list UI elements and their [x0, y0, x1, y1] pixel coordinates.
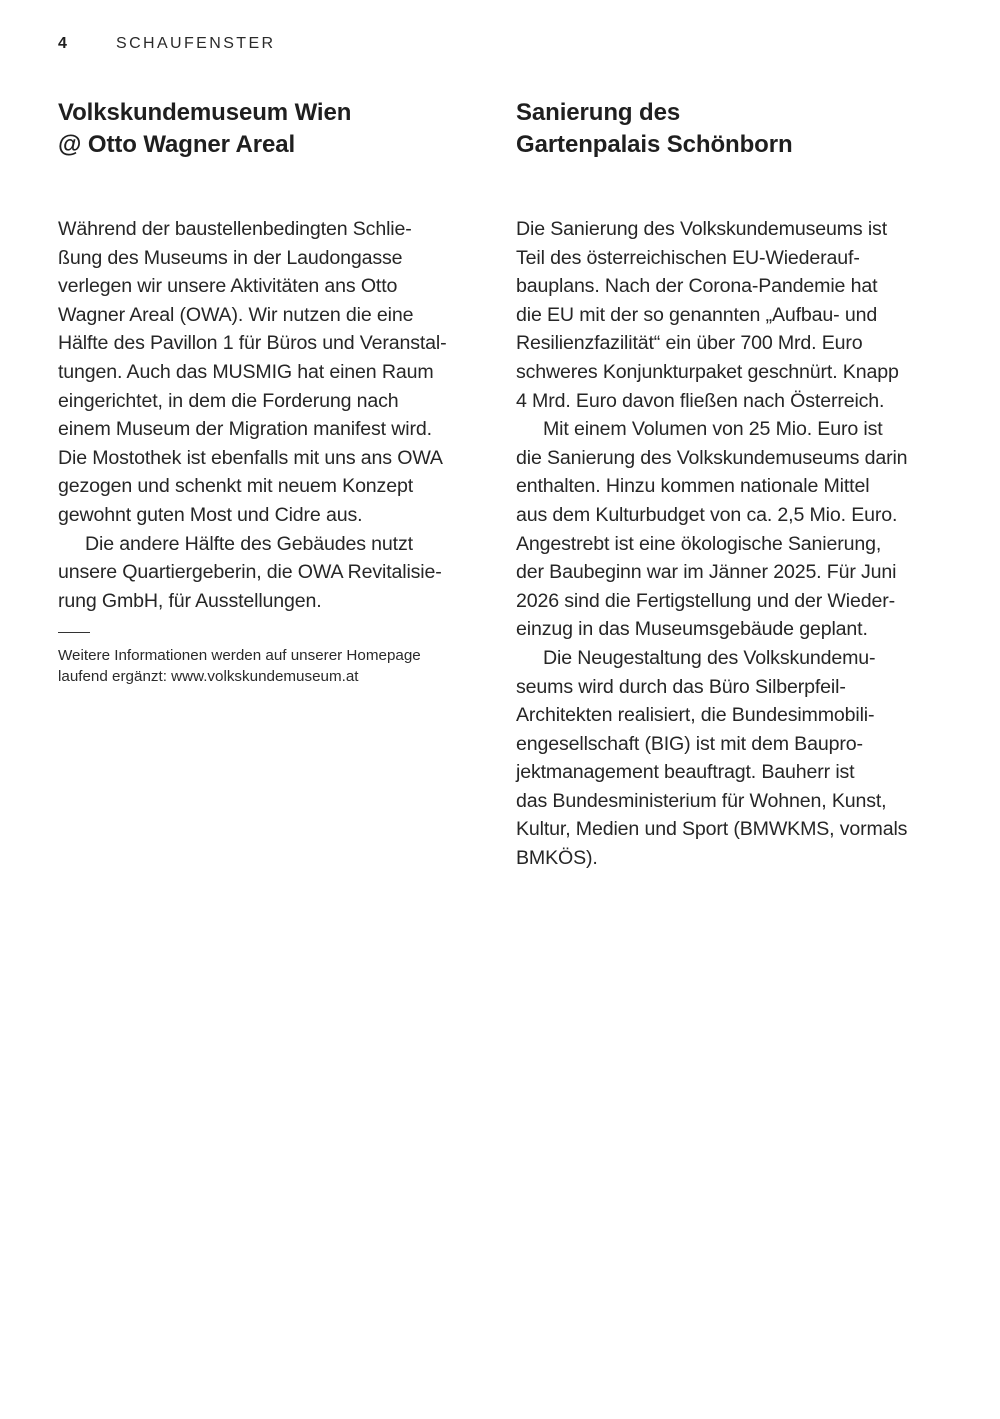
text-line: eingerichtet, in dem die Forderung nach [58, 387, 488, 416]
text-line: verlegen wir unsere Aktivitäten ans Otto [58, 272, 488, 301]
text-line: Wagner Areal (OWA). Wir nutzen die eine [58, 301, 488, 330]
article-sanierung-gartenpalais: Sanierung des Gartenpalais Schönborn Die… [516, 97, 956, 873]
text-line: ßung des Museums in der Laudongasse [58, 244, 488, 273]
article-title: Sanierung des Gartenpalais Schönborn [516, 97, 956, 215]
text-line: tungen. Auch das MUSMIG hat einen Raum [58, 358, 488, 387]
paragraph: Während der baustellenbedingten Schlie- … [58, 215, 488, 530]
running-header: 4 SCHAUFENSTER [58, 35, 275, 57]
text-line: aus dem Kulturbudget von ca. 2,5 Mio. Eu… [516, 501, 956, 530]
text-line: 4 Mrd. Euro davon fließen nach Österreic… [516, 387, 956, 416]
footnote-line: laufend ergänzt: www.volkskundemuseum.at [58, 666, 488, 687]
article-title: Volkskundemuseum Wien @ Otto Wagner Area… [58, 97, 488, 215]
text-line: Mit einem Volumen von 25 Mio. Euro ist [516, 415, 956, 444]
text-line: Die Sanierung des Volkskundemuseums ist [516, 215, 956, 244]
text-line: das Bundesministerium für Wohnen, Kunst, [516, 787, 956, 816]
footnote-line: Weitere Informationen werden auf unserer… [58, 645, 488, 666]
text-line: bauplans. Nach der Corona-Pandemie hat [516, 272, 956, 301]
text-line: die Sanierung des Volkskundemuseums dari… [516, 444, 956, 473]
text-line: jektmanagement beauftragt. Bauherr ist [516, 758, 956, 787]
title-line: Sanierung des [516, 97, 956, 129]
article-body: Während der baustellenbedingten Schlie- … [58, 215, 488, 615]
text-line: Kultur, Medien und Sport (BMWKMS, vormal… [516, 815, 956, 844]
text-line: Die Neugestaltung des Volkskundemu- [516, 644, 956, 673]
paragraph: Die Neugestaltung des Volkskundemu- seum… [516, 644, 956, 873]
text-line: einzug in das Museumsgebäude geplant. [516, 615, 956, 644]
text-line: gezogen und schenkt mit neuem Konzept [58, 472, 488, 501]
text-line: Architekten realisiert, die Bundesimmobi… [516, 701, 956, 730]
text-line: BMKÖS). [516, 844, 956, 873]
text-line: seums wird durch das Büro Silberpfeil- [516, 673, 956, 702]
text-line: Die Mostothek ist ebenfalls mit uns ans … [58, 444, 488, 473]
title-line: Volkskundemuseum Wien [58, 97, 488, 129]
text-line: 2026 sind die Fertigstellung und der Wie… [516, 587, 956, 616]
paragraph: Mit einem Volumen von 25 Mio. Euro ist d… [516, 415, 956, 644]
text-line: die EU mit der so genannten „Aufbau- und [516, 301, 956, 330]
title-line: Gartenpalais Schönborn [516, 129, 956, 161]
text-line: einem Museum der Migration manifest wird… [58, 415, 488, 444]
section-name: SCHAUFENSTER [116, 35, 275, 53]
text-line: Hälfte des Pavillon 1 für Büros und Vera… [58, 329, 488, 358]
text-line: gewohnt guten Most und Cidre aus. [58, 501, 488, 530]
text-line: engesellschaft (BIG) ist mit dem Baupro- [516, 730, 956, 759]
footnote-divider [58, 632, 90, 633]
page-number: 4 [58, 35, 116, 53]
article-body: Die Sanierung des Volkskundemuseums ist … [516, 215, 956, 873]
text-line: schweres Konjunkturpaket geschnürt. Knap… [516, 358, 956, 387]
text-line: enthalten. Hinzu kommen nationale Mittel [516, 472, 956, 501]
paragraph: Die andere Hälfte des Gebäudes nutzt uns… [58, 530, 488, 616]
article-volkskundemuseum-owa: Volkskundemuseum Wien @ Otto Wagner Area… [58, 97, 488, 687]
text-line: Die andere Hälfte des Gebäudes nutzt [58, 530, 488, 559]
text-line: der Baubeginn war im Jänner 2025. Für Ju… [516, 558, 956, 587]
text-line: Teil des österreichischen EU-Wiederauf- [516, 244, 956, 273]
text-line: Während der baustellenbedingten Schlie- [58, 215, 488, 244]
text-line: Resilienzfazilität“ ein über 700 Mrd. Eu… [516, 329, 956, 358]
text-line: rung GmbH, für Ausstellungen. [58, 587, 488, 616]
paragraph: Die Sanierung des Volkskundemuseums ist … [516, 215, 956, 415]
text-line: unsere Quartiergeberin, die OWA Revitali… [58, 558, 488, 587]
title-line: @ Otto Wagner Areal [58, 129, 488, 161]
footnote: Weitere Informationen werden auf unserer… [58, 645, 488, 687]
text-line: Angestrebt ist eine ökologische Sanierun… [516, 530, 956, 559]
